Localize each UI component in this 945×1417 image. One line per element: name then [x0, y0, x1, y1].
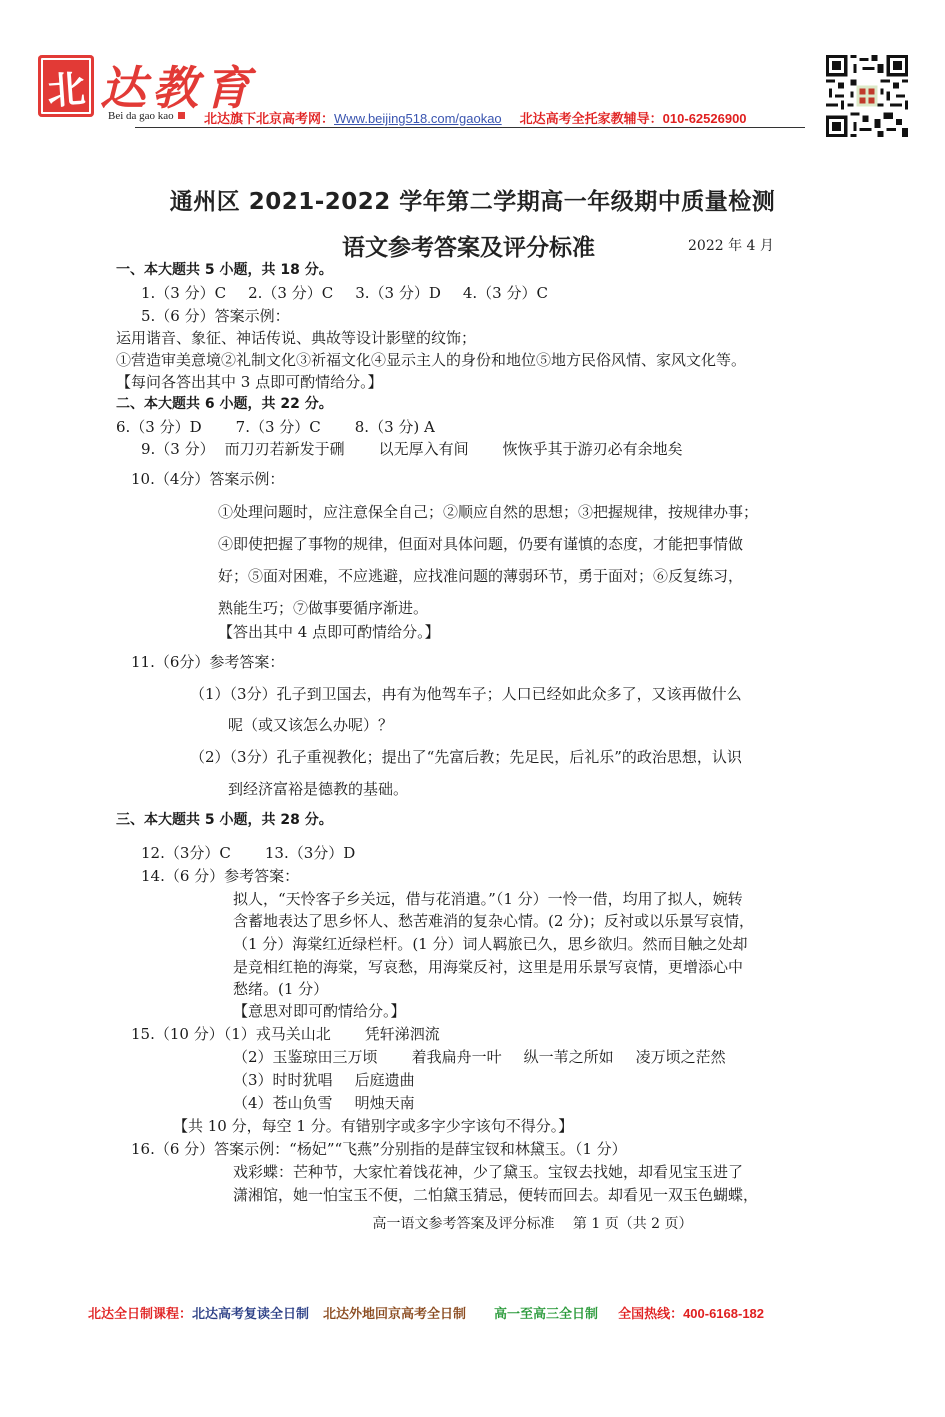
logo-seal-char: 北: [45, 57, 87, 115]
q5-note: 【每问各答出其中 3 点即可酌情给分。】: [116, 373, 383, 391]
q9-answer: 9.（3 分）而刀刃若新发于硎以无厚入有间恢恢乎其于游刃必有余地矣: [141, 440, 683, 458]
section2-heading: 二、本大题共 6 小题，共 22 分。: [116, 396, 333, 413]
logo-pinyin: Bei da gao kao: [108, 110, 185, 122]
q10-line-4: 熟能生巧；⑦做事要循序渐进。: [218, 599, 428, 617]
q5-line-2: ①营造审美意境②礼制文化③祈福文化④显示主人的身份和地位⑤地方民俗风情、家风文化…: [116, 351, 746, 369]
q15-note: 【共 10 分，每空 1 分。有错别字或多字少字该句不得分。】: [173, 1117, 573, 1135]
section3-heading: 三、本大题共 5 小题，共 28 分。: [116, 812, 333, 829]
q14-label: 14.（6 分）参考答案：: [141, 867, 299, 885]
logo-seal: 北: [38, 55, 94, 117]
q14-line-3: （1 分）海棠红近绿栏杆。(1 分）词人羁旅已久，思乡欲归。然而目触之处却: [233, 935, 747, 953]
q11-line-2: 呢（或又该怎么办呢）？: [228, 716, 393, 734]
ad-footer-bar: 北达全日制课程：北达高考复读全日制北达外地回京高考全日制高一至高三全日制全国热线…: [88, 1303, 764, 1322]
q10-note: 【答出其中 4 点即可酌情给分。】: [218, 623, 440, 641]
ad-item-3: 高一至高三全日制: [494, 1306, 598, 1321]
q10-label: 10.（4分）答案示例：: [131, 470, 284, 488]
q11-line-1: （1）（3分）孔子到卫国去，冉有为他驾车子；人口已经如此众多了，又该再做什么: [190, 685, 742, 703]
q11-label: 11.（6分）参考答案：: [131, 653, 284, 671]
q10-line-2: ④即使把握了事物的规律，但面对具体问题，仍要有谨慎的态度，才能把事情做: [218, 535, 743, 553]
q15-item-4: （4）苍山负雪明烛天南: [233, 1094, 415, 1112]
section1-heading: 一、本大题共 5 小题，共 18 分。: [116, 262, 333, 279]
section3-answers: 12.（3分）C13.（3分）D: [141, 844, 355, 862]
site-label: 北达旗下北京高考网：: [204, 111, 334, 126]
section1-answers: 1.（3 分）C2.（3 分）C3.（3 分）D4.（3 分）C: [141, 284, 548, 302]
q14-line-5: 愁绪。(1 分）: [233, 980, 328, 998]
q5-line-1: 运用谐音、象征、神话传说、典故等设计影壁的纹饰；: [116, 329, 476, 347]
document-subtitle: 语文参考答案及评分标准: [342, 229, 595, 262]
q14-note: 【意思对即可酌情给分。】: [233, 1002, 406, 1020]
qr-code-icon: [823, 52, 911, 140]
square-bullet-icon: [178, 112, 185, 119]
q14-line-4: 是竞相红艳的海棠，写哀愁，用海棠反衬，这里是用乐景写哀情，更增添心中: [233, 958, 743, 976]
q10-line-1: ①处理问题时，应注意保全自己；②顺应自然的思想；③把握规律，按规律办事；: [218, 503, 758, 521]
q5-label: 5.（6 分）答案示例：: [141, 307, 290, 325]
q10-line-3: 好；⑤面对困难，不应逃避，应找准问题的薄弱环节，勇于面对；⑥反复练习，: [218, 567, 743, 585]
page-number-footer: 高一语文参考答案及评分标准 第 1 页（共 2 页）: [0, 1213, 945, 1233]
q16-label: 16.（6 分）答案示例：“杨妃”“飞燕”分别指的是薛宝钗和林黛玉。（1 分）: [131, 1140, 627, 1158]
section2-answers: 6.（3 分）D7.（3 分）C8.（3 分) A: [116, 418, 435, 436]
document-date: 2022 年 4 月: [688, 235, 774, 255]
tutor-hotline: 北达高考全托家教辅导：010-62526900: [520, 111, 747, 126]
ad-label: 北达全日制课程：: [88, 1306, 192, 1321]
header-divider: [135, 127, 805, 128]
q16-line-2: 潇湘馆，她一怕宝玉不便，二怕黛玉猜忌，便转而回去。却看见一双玉色蝴蝶，: [233, 1186, 758, 1204]
q15-item-1: 15.（10 分）（1）戎马关山北凭轩涕泗流: [131, 1025, 440, 1043]
q16-line-1: 戏彩蝶：芒种节，大家忙着饯花神，少了黛玉。宝钗去找她，却看见宝玉进了: [233, 1163, 743, 1181]
document-title: 通州区 2021-2022 学年第二学期高一年级期中质量检测: [0, 183, 945, 216]
header-info-line: 北达旗下北京高考网：Www.beijing518.com/gaokao北达高考全…: [204, 108, 747, 127]
page-header: 北 达教育 Bei da gao kao 北达旗下北京高考网：Www.beiji…: [0, 0, 945, 160]
q14-line-2: 含蓄地表达了思乡怀人、愁苦难消的复杂心情。(2 分)；反衬或以乐景写哀情，: [233, 912, 754, 930]
q14-line-1: 拟人，“天怜客子乡关远，借与花消遣。”（1 分）一怜一借，均用了拟人，婉转: [233, 890, 743, 908]
ad-item-1: 北达高考复读全日制: [192, 1306, 309, 1321]
q11-line-4: 到经济富裕是德教的基础。: [228, 780, 408, 798]
q15-item-3: （3）时时犹唱后庭遗曲: [233, 1071, 415, 1089]
q11-line-3: （2）（3分）孔子重视教化；提出了“先富后教；先足民，后礼乐”的政治思想，认识: [190, 748, 742, 766]
q15-item-2: （2）玉鉴琼田三万顷着我扁舟一叶纵一苇之所如凌万顷之茫然: [233, 1048, 726, 1066]
ad-hotline: 全国热线：400-6168-182: [618, 1306, 764, 1321]
ad-item-2: 北达外地回京高考全日制: [323, 1306, 466, 1321]
site-link[interactable]: Www.beijing518.com/gaokao: [334, 111, 502, 126]
